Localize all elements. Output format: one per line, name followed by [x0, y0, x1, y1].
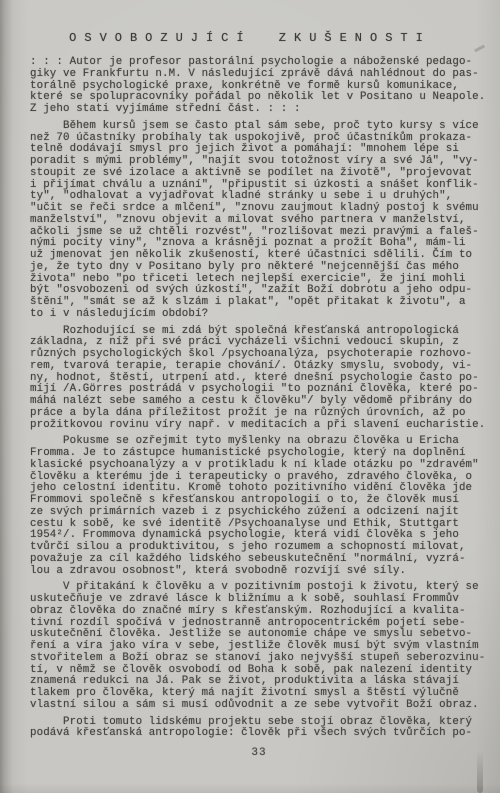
scanned-document-page: OSVOBOZUJÍCÍ ZKUŠENOSTI : : : Autor je p… [0, 0, 500, 793]
paragraph-christian-anthropology: Proti tomuto lidskému projektu sebe stoj… [30, 717, 488, 741]
document-body: : : : Autor je profesor pastorální psych… [30, 57, 488, 759]
paragraph-erich-fromm: Pokusme se ozřejmit tyto myšlenky na obr… [30, 436, 488, 577]
paragraph-courses-experiences: Během kursů jsem se často ptal sám sebe,… [30, 121, 488, 321]
paragraph-intro: : : : Autor je profesor pastorální psych… [30, 57, 488, 116]
scan-artifact-dash [474, 45, 485, 52]
scan-artifact-smudge [477, 751, 483, 793]
paragraph-anthropological-basis: Rozhodující se mi zdá být společná křesť… [30, 326, 488, 432]
paragraph-affirmation-of-life: V přitakání k člověku a v pozitivním pos… [30, 582, 488, 711]
page-number: 33 [30, 747, 488, 759]
page-title: OSVOBOZUJÍCÍ ZKUŠENOSTI [0, 31, 500, 45]
